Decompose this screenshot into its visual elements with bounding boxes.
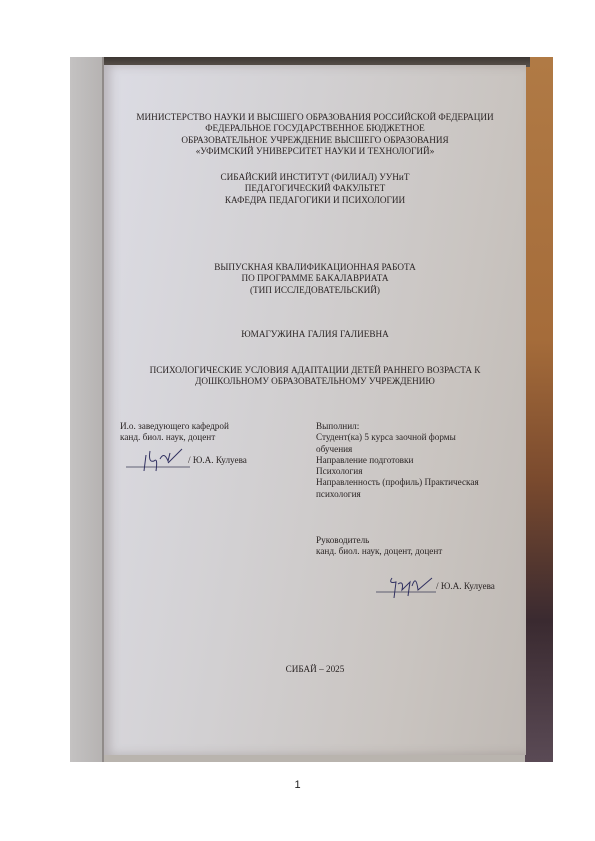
performed-line: Направленность (профиль) Практическая (316, 477, 516, 488)
performed-line: Психология (316, 466, 516, 477)
performed-line: психология (316, 489, 516, 500)
performed-line: Направление подготовки (316, 455, 516, 466)
supervisor-role: Руководитель (316, 535, 442, 546)
performed-by-block: Выполнил: Студент(ка) 5 курса заочной фо… (316, 421, 516, 500)
work-type-line: ВЫПУСКНАЯ КВАЛИФИКАЦИОННАЯ РАБОТА (104, 262, 526, 273)
title-line: ПСИХОЛОГИЧЕСКИЕ УСЛОВИЯ АДАПТАЦИИ ДЕТЕЙ … (104, 365, 526, 376)
institute-block: СИБАЙСКИЙ ИНСТИТУТ (ФИЛИАЛ) УУНиТ ПЕДАГО… (104, 172, 526, 206)
ministry-header: МИНИСТЕРСТВО НАУКИ И ВЫСШЕГО ОБРАЗОВАНИЯ… (104, 112, 526, 157)
head-of-dept-block: И.о. заведующего кафедрой канд. биол. на… (120, 421, 229, 444)
head-signature-icon (124, 445, 194, 475)
supervisor-signature-icon (374, 570, 440, 602)
thesis-title: ПСИХОЛОГИЧЕСКИЕ УСЛОВИЯ АДАПТАЦИИ ДЕТЕЙ … (104, 365, 526, 388)
header-line: «УФИМСКИЙ УНИВЕРСИТЕТ НАУКИ И ТЕХНОЛОГИЙ… (104, 146, 526, 157)
institute-line: СИБАЙСКИЙ ИНСТИТУТ (ФИЛИАЛ) УУНиТ (104, 172, 526, 183)
city-year: СИБАЙ – 2025 (104, 664, 526, 675)
header-line: ОБРАЗОВАТЕЛЬНОЕ УЧРЕЖДЕНИЕ ВЫСШЕГО ОБРАЗ… (104, 135, 526, 146)
binder-spine (70, 57, 104, 762)
document-photo: МИНИСТЕРСТВО НАУКИ И ВЫСШЕГО ОБРАЗОВАНИЯ… (70, 57, 553, 762)
performed-line: Выполнил: (316, 421, 516, 432)
supervisor-degree: канд. биол. наук, доцент, доцент (316, 546, 442, 557)
institute-line: ПЕДАГОГИЧЕСКИЙ ФАКУЛЬТЕТ (104, 183, 526, 194)
head-degree: канд. биол. наук, доцент (120, 432, 229, 443)
institute-line: КАФЕДРА ПЕДАГОГИКИ И ПСИХОЛОГИИ (104, 195, 526, 206)
title-page: МИНИСТЕРСТВО НАУКИ И ВЫСШЕГО ОБРАЗОВАНИЯ… (104, 65, 526, 755)
work-type-line: ПО ПРОГРАММЕ БАКАЛАВРИАТА (104, 273, 526, 284)
performed-line: обучения (316, 444, 516, 455)
header-line: ФЕДЕРАЛЬНОЕ ГОСУДАРСТВЕННОЕ БЮДЖЕТНОЕ (104, 123, 526, 134)
page-number: 1 (0, 779, 595, 791)
author-name: ЮМАГУЖИНА ГАЛИЯ ГАЛИЕВНА (104, 329, 526, 340)
title-line: ДОШКОЛЬНОМУ ОБРАЗОВАТЕЛЬНОМУ УЧРЕЖДЕНИЮ (104, 376, 526, 387)
head-signature-name: / Ю.А. Кулуева (188, 455, 247, 466)
header-line: МИНИСТЕРСТВО НАУКИ И ВЫСШЕГО ОБРАЗОВАНИЯ… (104, 112, 526, 123)
work-type-block: ВЫПУСКНАЯ КВАЛИФИКАЦИОННАЯ РАБОТА ПО ПРО… (104, 262, 526, 296)
head-position: И.о. заведующего кафедрой (120, 421, 229, 432)
supervisor-block: Руководитель канд. биол. наук, доцент, д… (316, 535, 442, 558)
work-type-line: (ТИП ИССЛЕДОВАТЕЛЬСКИЙ) (104, 285, 526, 296)
supervisor-signature-name: / Ю.А. Кулуева (436, 581, 495, 592)
performed-line: Студент(ка) 5 курса заочной формы (316, 432, 516, 443)
background-table (525, 57, 553, 762)
